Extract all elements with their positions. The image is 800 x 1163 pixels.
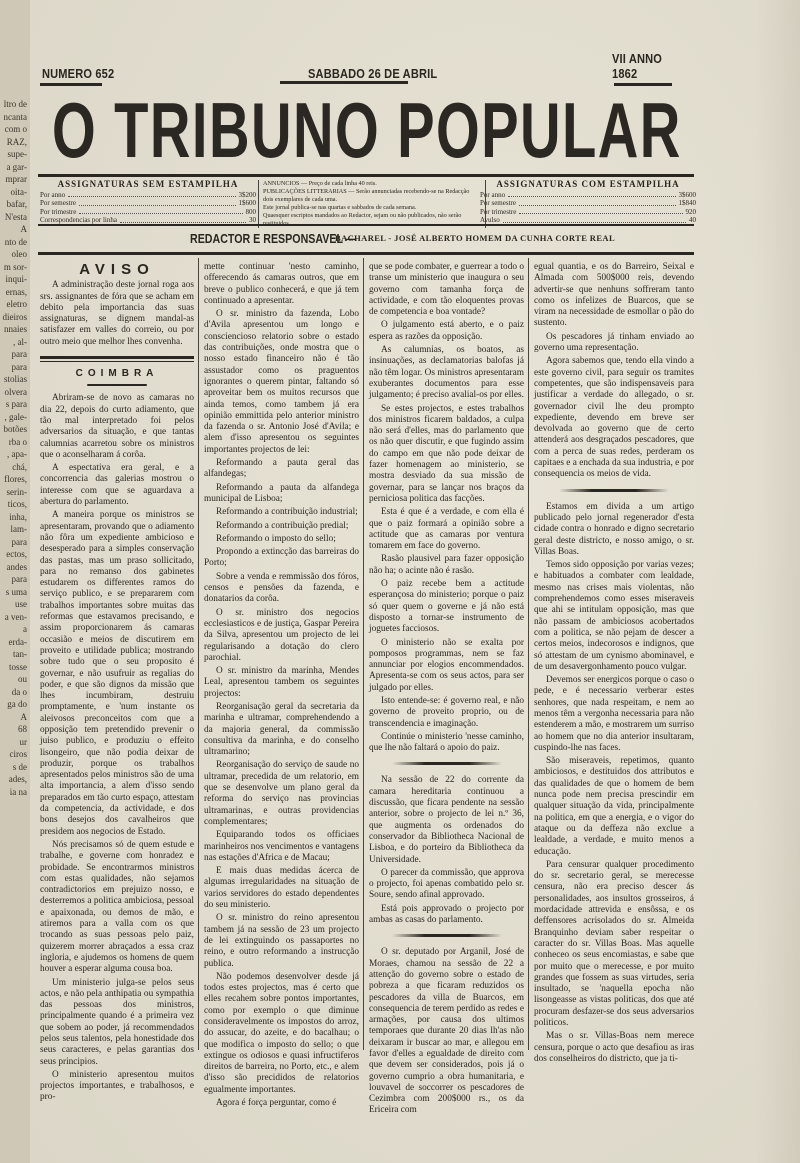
price-label: Por trimestre <box>480 208 516 217</box>
list-item: Sobre a venda e remmissão dos fóros, cen… <box>204 572 359 606</box>
article-paragraph: As calumnias, os boatos, as insinuações,… <box>369 345 524 401</box>
fragment-text: a ven- <box>0 611 30 624</box>
list-item: Equiparando todos os officiaes marinheir… <box>204 830 359 864</box>
article-paragraph: Rasão plausivel para fazer opposição não… <box>369 554 524 577</box>
article-paragraph: Abriram-se de novo as camaras no dia 22,… <box>40 393 194 461</box>
article-paragraph: Os pescadores já tinham enviado ao gover… <box>534 332 694 355</box>
fragment-text: para <box>0 536 30 549</box>
list-item: Reformando a pauta da alfandega municipa… <box>204 483 359 506</box>
issue-number: NUMERO 652 <box>42 66 114 81</box>
price-value: 1$600 <box>239 199 257 208</box>
announcement-line: ANNUNCIOS — Preço de cada linha 40 reis. <box>263 180 481 188</box>
fragment-text: inqui- <box>0 273 30 286</box>
date-underline <box>280 81 408 84</box>
fragment-text: da o <box>0 686 30 699</box>
fragment-text: ia na <box>0 786 30 799</box>
price-value: 3$200 <box>239 191 257 200</box>
article-paragraph: Isto entende-se: é governo real, e não g… <box>369 696 524 730</box>
announcements-notice: ANNUNCIOS — Preço de cada linha 40 reis.… <box>258 180 486 228</box>
list-item: Reorganisação geral da secretaria da mar… <box>204 702 359 758</box>
price-label: Por trimestre <box>40 208 76 217</box>
price-value: 3$600 <box>679 191 697 200</box>
fragment-text: , gale- <box>0 411 30 424</box>
fragment-text: A <box>0 711 30 724</box>
fragment-text: 68 <box>0 723 30 736</box>
column-divider <box>198 258 199 1050</box>
article-paragraph: Se estes projectos, e estes trabalhos do… <box>369 404 524 506</box>
article-paragraph: que se pode combater, e guerrear a todo … <box>369 262 524 318</box>
fragment-text: nnaies <box>0 323 30 336</box>
column-4: egual quantia, e os do Barreiro, Seixal … <box>534 262 694 1067</box>
fragment-text: s para <box>0 398 30 411</box>
price-row: Por anno3$600 <box>480 191 696 200</box>
price-label: Por anno <box>480 191 505 200</box>
fragment-text: , al- <box>0 336 30 349</box>
article-separator <box>559 489 669 492</box>
article-paragraph: Na sessão de 22 do corrente da camara he… <box>369 775 524 865</box>
fragment-text: ciros <box>0 748 30 761</box>
fragment-text: nto de <box>0 236 30 249</box>
article-paragraph: O sr. ministro do reino apresentou tambe… <box>204 913 359 969</box>
section-heading-coimbra: COIMBRA <box>40 368 194 379</box>
article-paragraph: Para censurar qualquer procedimento do s… <box>534 860 694 1029</box>
fragment-text: A <box>0 223 30 236</box>
article-paragraph: O paiz recebe bem a actitude esperançosa… <box>369 579 524 635</box>
page-shadow <box>755 0 800 1163</box>
fragment-text: mprar <box>0 173 30 186</box>
fragment-text: inha, <box>0 511 30 524</box>
fragment-text: tosse <box>0 661 30 674</box>
article-paragraph: O ministerio apresentou muitos projectos… <box>40 1070 194 1104</box>
article-paragraph: Não podemos desenvolver desde já todos e… <box>204 972 359 1096</box>
article-paragraph: O julgamento está aberto, e o paiz esper… <box>369 320 524 343</box>
price-row: Por trimestre920 <box>480 208 696 217</box>
article-paragraph: Mas o sr. Villas-Boas nem merece censura… <box>534 1031 694 1065</box>
article-paragraph: A espectativa era geral, e a concorrenci… <box>40 463 194 508</box>
issue-date: SABBADO 26 DE ABRIL <box>308 66 437 81</box>
notice-text: A administração deste jornal roga aos sr… <box>40 280 194 348</box>
fragment-text: a gar- <box>0 161 30 174</box>
fragment-text: ectos, <box>0 548 30 561</box>
fragment-text: RAZ, <box>0 136 30 149</box>
article-paragraph: O ministerio não se exalta por pomposos … <box>369 638 524 694</box>
fragment-text: ga do <box>0 698 30 711</box>
fragment-text: lam- <box>0 523 30 536</box>
article-paragraph: São miseraveis, repetimos, quanto ambici… <box>534 756 694 858</box>
article-paragraph: Estamos em divida a um artigo publicado … <box>534 502 694 558</box>
list-item: Reorganisação do serviço de saude no ult… <box>204 760 359 828</box>
adjacent-page-fragments: ltro dencantacom oRAZ,supe-a gar-mpraroi… <box>0 0 30 798</box>
notice-heading: AVISO <box>40 264 194 275</box>
masthead-rule <box>38 174 694 177</box>
price-value: 920 <box>686 208 697 217</box>
price-label: Por anno <box>40 191 65 200</box>
fragment-text: stolias <box>0 373 30 386</box>
subscriptions-with-stamp: ASSIGNATURAS COM ESTAMPILHA Por anno3$60… <box>480 180 696 225</box>
article-paragraph: Nós precisamos só de quem estude e traba… <box>40 840 194 976</box>
price-value: 1$840 <box>679 199 697 208</box>
column-1: AVISO A administração deste jornal roga … <box>40 262 194 1106</box>
article-paragraph: O sr. ministro dos negocios ecclesiastic… <box>204 608 359 664</box>
article-paragraph: O sr. deputado por Arganil, José de Mora… <box>369 947 524 1116</box>
fragment-text: olvera <box>0 386 30 399</box>
list-item: Reformando a contribuição industrial; <box>204 507 359 518</box>
fragment-text: m sor- <box>0 261 30 274</box>
fragment-text: tan- <box>0 648 30 661</box>
article-paragraph: O sr. ministro da fazenda, Lobo d'Avila … <box>204 309 359 456</box>
fragment-text: para <box>0 361 30 374</box>
fragment-text: dieiros <box>0 311 30 324</box>
issue-year: VII ANNO 1862 <box>612 51 678 81</box>
list-item: Reformando a pauta geral das alfandegas; <box>204 458 359 481</box>
fragment-text: rba o <box>0 436 30 449</box>
fragment-text: supe- <box>0 148 30 161</box>
fragment-text: ncanta <box>0 111 30 124</box>
fragment-text: erda- <box>0 636 30 649</box>
article-paragraph: Esta é que é a verdade, e com ella é que… <box>369 507 524 552</box>
article-paragraph: egual quantia, e os do Barreiro, Seixal … <box>534 262 694 330</box>
article-paragraph: Temos sido opposição por varias vezes; e… <box>534 560 694 673</box>
fragment-text: bafar, <box>0 198 30 211</box>
fragment-text: para <box>0 573 30 586</box>
editor-label: REDACTOR E RESPONSAVEL — <box>190 231 356 246</box>
price-row: Por semestre1$840 <box>480 199 696 208</box>
ornament-rule <box>87 384 147 386</box>
price-row: Por semestre1$600 <box>40 199 256 208</box>
editor-name: BACHAREL - JOSÉ ALBERTO HOMEM DA CUNHA C… <box>335 233 615 243</box>
price-label: Por semestre <box>480 199 516 208</box>
fragment-text: ltro de <box>0 98 30 111</box>
fragment-text: use <box>0 598 30 611</box>
article-separator <box>392 762 502 765</box>
announcement-line: PUBLICAÇÕES LITTERARIAS — Serão annuncia… <box>263 188 481 204</box>
column-2: mette continuar 'nesto caminho, offerece… <box>204 262 359 1111</box>
fragment-text: , apa- <box>0 448 30 461</box>
list-item: E mais duas medidas ácerca de algumas ir… <box>204 866 359 911</box>
fragment-text: ticos, <box>0 498 30 511</box>
fragment-text: para <box>0 348 30 361</box>
list-item: Reformando o imposto do sello; <box>204 534 359 545</box>
price-row: Por trimestre800 <box>40 208 256 217</box>
article-paragraph: Devemos ser energicos porque o caso o pe… <box>534 675 694 754</box>
header-bottom-rule <box>38 252 694 255</box>
masthead-title: O TRIBUNO POPULAR <box>52 85 700 175</box>
subscriptions-without-stamp: ASSIGNATURAS SEM ESTAMPILHA Por anno3$20… <box>40 180 256 225</box>
article-paragraph: Agora é força perguntar, como é <box>204 1098 359 1109</box>
section-double-rule <box>40 356 194 362</box>
article-paragraph: A maneira porque os ministros se apresen… <box>40 510 194 838</box>
article-paragraph: Agora sabemos que, tendo ella vindo a es… <box>534 356 694 480</box>
subscription-rule <box>38 224 694 226</box>
list-item: Propondo a extincção das barreiras do Po… <box>204 547 359 570</box>
fragment-text: ou <box>0 673 30 686</box>
article-paragraph: Um ministerio julga-se pelos seus actos,… <box>40 978 194 1068</box>
column-divider <box>363 258 364 1050</box>
article-separator <box>392 934 502 937</box>
article-paragraph: Está pois approvado o projecto por ambas… <box>369 904 524 927</box>
issue-info-bar: NUMERO 652 SABBADO 26 DE ABRIL VII ANNO … <box>42 66 690 81</box>
fragment-text: a <box>0 623 30 636</box>
article-paragraph: O parecer da commissão, que approva o pr… <box>369 868 524 902</box>
editor-line: REDACTOR E RESPONSAVEL — BACHAREL - JOSÉ… <box>190 230 750 248</box>
adjacent-page-edge: ltro dencantacom oRAZ,supe-a gar-mpraroi… <box>0 0 32 1163</box>
column-divider <box>528 258 529 1050</box>
fragment-text: oleo <box>0 248 30 261</box>
fragment-text: ades, <box>0 773 30 786</box>
announcement-line: Este jornal publica-se nas quartas e sab… <box>263 204 481 212</box>
fragment-text: com o <box>0 123 30 136</box>
fragment-text: eletro <box>0 298 30 311</box>
fragment-text: botões <box>0 423 30 436</box>
fragment-text: N'esta <box>0 211 30 224</box>
fragment-text: ernas, <box>0 286 30 299</box>
subscriptions-with-stamp-title: ASSIGNATURAS COM ESTAMPILHA <box>480 180 696 189</box>
subscriptions-without-stamp-title: ASSIGNATURAS SEM ESTAMPILHA <box>40 180 256 189</box>
article-paragraph: O sr. ministro da marinha, Mendes Leal, … <box>204 666 359 700</box>
article-paragraph: mette continuar 'nesto caminho, offerece… <box>204 262 359 307</box>
price-row: Por anno3$200 <box>40 191 256 200</box>
fragment-text: serin- <box>0 486 30 499</box>
price-label: Por semestre <box>40 199 76 208</box>
fragment-text: s de <box>0 761 30 774</box>
fragment-text: chá, <box>0 461 30 474</box>
fragment-text: ur <box>0 736 30 749</box>
fragment-text: oita- <box>0 186 30 199</box>
fragment-text: andes <box>0 561 30 574</box>
column-3: que se pode combater, e guerrear a todo … <box>369 262 524 1119</box>
price-value: 800 <box>246 208 257 217</box>
fragment-text: s uma <box>0 586 30 599</box>
article-paragraph: Continúe o ministerio 'nesse caminho, qu… <box>369 732 524 755</box>
fragment-text: flores, <box>0 473 30 486</box>
list-item: Reformando a contribuição predial; <box>204 521 359 532</box>
